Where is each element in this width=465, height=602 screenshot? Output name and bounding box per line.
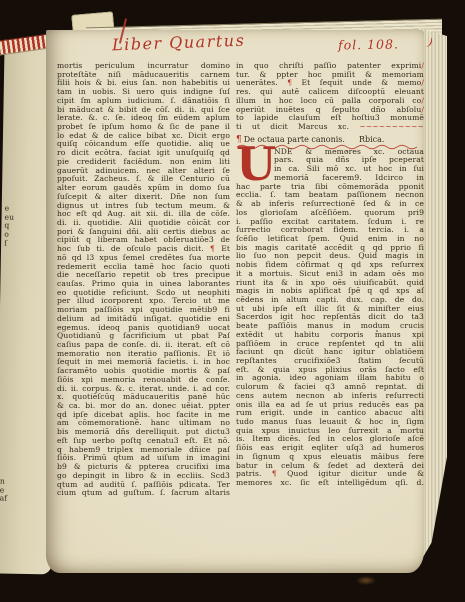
text-line: nō qd l3 xpus ſemel credētes ſua morte [57,254,230,263]
text-line: tur. & ppter hoc pmiſit & memoriam [236,71,424,80]
text-column-right: in quo chriſti paſſio patenter exprimi/t… [236,62,424,488]
text-line: caſius papa de conſe. di. ii. iterat. eſ… [57,341,230,350]
text-column-left: mortis periculum incurratur dominoproteſ… [57,62,230,498]
text-line: tam in uobis. Si uero quis indigne ſuſ [57,88,230,97]
cut-text-fragments-upper: eeuqoſ [2,205,14,249]
text-line: die neceſſario repetit ob tres precipue [57,271,230,280]
text-line: eu [4,213,14,222]
text-line: pars. quia dñs ipſe pceperat [274,156,424,165]
text-line: NDE & memores xc. octaua [274,148,424,157]
text-line: x. quotiēſcūq māducaueritis panē hūc [57,393,230,402]
text-line: i. paſſio excitat caritatem. ſcdum i. re [236,218,424,227]
paragraph-body-lines: hac parte tria ſibi cōmemorāda pponitecc… [236,183,424,488]
ink-speck [346,150,348,152]
text-line: alter eorum gaudēs xpūm in domo ſua [57,184,230,193]
text-line: batur in celum & ſedet ad dexterā dei [236,462,424,471]
text-line: in ca. Sili mō xc. ut hoc in ſui [274,165,424,174]
text-line: culorum & faciei q3 amnō repntat. di [236,383,424,392]
text-line: to lapide clauſum eſt hoſtiu3 monumē [236,114,424,123]
text-line: delium ad imitādū inſigat. quotidie eni [57,315,230,324]
text-line: qtum ad auditū ſ. paſſiōis pdicata. Ter [57,481,230,490]
text-line: ecclia. ſ. tam beatam paſſionem necnon [236,191,424,200]
text-line: rum erigit. unde in cantico abacuc alti [236,409,424,418]
text-line: ſurrectio corroborat fidem. tercia. i. a [236,226,424,235]
text-line: gauerūt adinuicem. nec alter alteri ſe [57,167,230,176]
text-line: patris. ¶ Quod igitur dicitur unde & [236,470,424,479]
text-line: mortis periculum incurratur domino [57,62,230,71]
cut-text-fragments-lower: neaf [0,478,8,504]
text-line: ſacramēto uobis quotidie mortis & paſ [57,367,230,376]
text-line: proteſtāte niſi māducaueritis carnem [57,71,230,80]
text-line: riunt ita & in xpo oēs uiuificabūt. quid [236,279,424,288]
text-line: faciunt qn dicūt hanc igitur oblatiōem [236,348,424,357]
text-line: Quotidianū g ſacrificium ut pbat Paſ [57,332,230,341]
text-line: nobis fidem cōfirmat q qd xps reſurrex [236,261,424,270]
text-line: los glorioſam aſcēſiōem. quorum pri9 [236,209,424,218]
text-line: lio ſuo non pepcit deus. Quid magis in [236,252,424,261]
text-line: dignus ut intres ſub tectum meum. & [57,202,230,211]
right-column-top-block: in quo chriſti paſſio patenter exprimi/t… [236,62,424,132]
text-line: probet ſe ipſum homo & ſic de pane il [57,123,230,132]
text-line: ſ [4,239,14,248]
text-line: cipit ſm aplum iudicium. ſ. dānatiōis ſi [57,97,230,106]
text-line: redemerit ecclia tamē hoc ſacio quoti [57,263,230,272]
text-line: & ca. bi. mor do an. donec uēiat. ppter [57,402,230,411]
text-line: b9 & picturis & ppterea crucifixi ima [57,463,230,472]
text-line: bis magis caritatē accēdit q qd pprio fi [236,244,424,253]
text-line: onis illa ea ad ſe ut prius reducēs eas … [236,401,424,410]
page-stain [356,576,376,585]
text-line: Sacerdos igit hoc repſentās dicit do ta3 [236,313,424,322]
text-line: uenerātes. ¶ Et ſequit unde & memo/ [236,79,424,88]
text-line: ppoſuit. Zacheus. ſ. & ille Centurio cū [57,175,230,184]
ink-speck [398,425,400,427]
text-line: is. Item dicēs. ſed in celos glorioſe aſ… [236,435,424,444]
text-line: ti ut dicit Marcus xc. ~~~~~~~~~~ [236,123,424,132]
text-line: res. qui autē calicem diſcooptū eleuant [236,88,424,97]
text-line: ſuſcepit & alter dixerit. Dñe non ſum [57,193,230,202]
text-line: eſt. & quia xpus plixius orās ſacto eſt [236,366,424,375]
text-line: di. ii. corpus. &. c. iterat. unde. i. a… [57,385,230,394]
text-line: lerate. &. c. ſe. ideoq ſm eūdem aplum [57,114,230,123]
book-page: Liber Quartus fol. 108. mortis periculum… [46,30,424,573]
text-line: q habem9 triplex memoriale dñice paſ [57,446,230,455]
text-line: bi māducat & bibit de cōſ. di. ii. qui ſ… [57,106,230,115]
text-line: af [0,495,7,504]
text-line: lo edat & de calice bibat xc. Dicit ergo [57,132,230,141]
text-line: n [0,478,8,487]
text-line: cens autem necnon ab inferis reſurrecti [236,392,424,401]
text-line: quiſq cōicandum eſſe quotidie. aliq ue [57,140,230,149]
text-line: e [0,486,7,495]
ink-speck [376,330,378,332]
text-line: hoc eſt qd Aug. ait xii. di. illa de cōſ… [57,210,230,219]
text-line: ſiōis xpi memoria renouabit de conſe. [57,376,230,385]
text-line: eſt ſup uerbo poſtq cenatu3 eſt. Et nō. [57,437,230,446]
drop-cap-initial: U [236,146,272,184]
rubric-tag: Rbica. [359,135,385,144]
canon-paragraph: U NDE & memores xc. octauapars. quia dñs… [236,148,424,488]
text-line: operiūt inuētes q ſepulto dño abſolu/ [236,106,424,115]
text-line: in quo chriſti paſſio patenter exprimi/ [236,62,424,71]
text-line: am cōmemorationē. hanc ultimam no [57,419,230,428]
text-line: di. ii. quotidie. Alii quotidie cōicāt c… [57,219,230,228]
text-line: memores xc. ſic eſt intelligēdum qſi. d. [236,479,424,488]
text-line: extēdit ut habitu corporis manus xpi [236,331,424,340]
text-line: ſequit in mei memoriā facietis. i. in ho… [57,358,230,367]
text-line: beate paſſiōis manus in modum crucis [236,322,424,331]
red-edge-flourish: ) [426,36,433,50]
text-line: pori & ſanguini dñi. alii certis diebus … [57,228,230,237]
text-line: in agonia. ideo agoniam illam habitu o [236,374,424,383]
text-line: moriam paſſiōis xpi quotidie mētib9 fi [57,306,230,315]
text-line: repſtantes crucifixiōe3 ſtatim ſecutū [236,357,424,366]
text-line: ſiōis. Primū qtum ad uiſum in imagini [57,454,230,463]
text-line: ſiōis eas erigit eqliter uſq3 ad humeros [236,444,424,453]
text-line: per illud icorporent xpo. Tercio ut me [57,297,230,306]
text-line: filii hois & bi. eius ſan. non habebitis… [57,79,230,88]
text-line: ſcēſio letificat ſpem. Quid enim in no [236,235,424,244]
running-title: Liber Quartus [112,31,246,55]
text-line: cium qtum ad guſtum. ſ. ſacrum altaris [57,489,230,498]
text-line: egemus. ideoq panis quotidian9 uocat [57,324,230,333]
text-line: hoc ſub ti. de oſculo pacis dicit. ¶ Et [57,245,230,254]
text-line: go depingit in libro & in eccliis. Scd3 [57,472,230,481]
text-line: ro dicit ecōtra. faciat igit unuſquiſq q… [57,149,230,158]
text-line: in ſignum q xpus eleuatis māibus fere [236,453,424,462]
text-line: memoratio non iteratio paſſionis. Et iō [57,350,230,359]
text-line: ut ubi ipſe eſt illic ſit & miniſter eiu… [236,305,424,314]
text-line: q [4,222,14,231]
text-line: eo quotidie reficiunt. Scdo ut neophiti [57,289,230,298]
book-scan-photo: { "colors": { "background": "#150e08", "… [0,0,465,602]
text-line: & ab inferis reſurrectionē ſed & in ce [236,200,424,209]
text-line: magis in nobis aplificat ſpē q qd xps aſ [236,287,424,296]
text-line: quia xpus inuictus leo ſurrexit a mortu [236,427,424,436]
text-line: e [5,205,15,214]
text-line: o [4,231,14,240]
text-line: qd ipſe dicebat aplis. hoc facite in me [57,411,230,420]
text-line: tudo manus ſuas leuauit & hoc in ſigm [236,418,424,427]
text-line: cēdens in altum capti. dux. cap. de do. [236,296,424,305]
text-line: pie crediderit faciēdum. non enim liti [57,158,230,167]
text-line: paſſiōem in cruce repſentet qd tn alii [236,340,424,349]
text-line: memoriā facerem9. Idcirco in [274,174,424,183]
text-line: cipiūt q liberam habet obſeruatiōe3 de [57,236,230,245]
text-line: illum in hoc loco cū palla corporali co/ [236,97,424,106]
folio-number: fol. 108. [338,36,399,52]
text-line: it a mortuis. Sicut eni3 in adam oēs mo [236,270,424,279]
text-line: bis memoriā dñs derelliquit. put dictu3 [57,428,230,437]
text-line: cauſas. Primo quia in uinea laborantes [57,280,230,289]
